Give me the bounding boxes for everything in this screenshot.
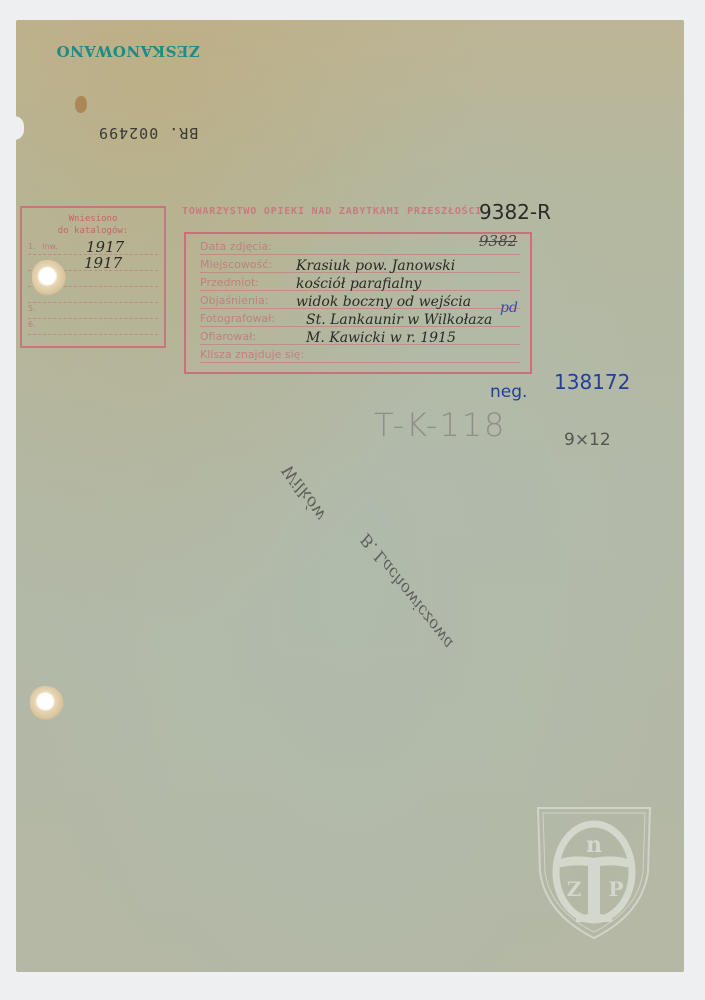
field-photographer: Fotografował: St. Lankaunir w Wilkołaza [200,310,520,327]
shield-monogram-icon: n Z P [532,802,656,942]
svg-text:Z: Z [567,877,582,901]
ntzp-watermark-logo: n Z P [532,802,656,942]
paper-hole [30,686,64,720]
catalog-row [28,302,158,303]
row-label: 5. [28,304,36,313]
svg-text:n: n [586,832,602,858]
archival-card: ZESKANOWANO BR. 002499 9382-R Wniesiono … [16,20,684,972]
field-donor: Ofiarował: M. Kawicki w r. 1915 [200,328,520,345]
society-stamp: Data zdjęcia: Miejscowość: Krasiuk pow. … [184,232,532,374]
mirrored-signature: B. Lachowiczowa [356,530,457,652]
negative-label: neg. [490,382,527,402]
catalog-entry: 1917 [84,254,122,272]
catalog-row [28,334,158,335]
edge-notch [14,116,24,140]
field-photo-date: Data zdjęcia: [200,238,520,255]
catalog-stamp-subtitle: do katalogów: [22,226,164,236]
row-label: 6. [28,320,36,329]
register-number: BR. 002499 [98,124,198,142]
svg-text:P: P [608,877,623,901]
mirrored-signature: Wilków [278,461,331,524]
catalog-row [28,318,158,319]
stain-mark [75,96,87,113]
scanned-stamp: ZESKANOWANO [56,42,200,60]
field-notes: Objaśnienia: widok boczny od wejścia [200,292,520,309]
field-locality: Miejscowość: Krasiuk pow. Janowski [200,256,520,273]
society-stamp-header: TOWARZYSTWO OPIEKI NAD ZABYTKAMI PRZESZŁ… [182,206,482,217]
blue-annotation: pd [500,300,518,316]
row-label: 1. [28,242,36,251]
pencil-signature: T-K-118 [374,406,506,444]
field-negative-location: Klisza znajduje się: [200,346,520,363]
format-size: 9×12 [564,430,611,450]
field-subject: Przedmiot: kościół parafialny [200,274,520,291]
catalog-stamp-title: Wniesiono [22,214,164,224]
negative-number: 138172 [554,370,630,394]
row-prefix: Inw. [42,242,58,251]
paper-hole [32,260,66,296]
catalog-number: 9382-R [479,200,551,224]
